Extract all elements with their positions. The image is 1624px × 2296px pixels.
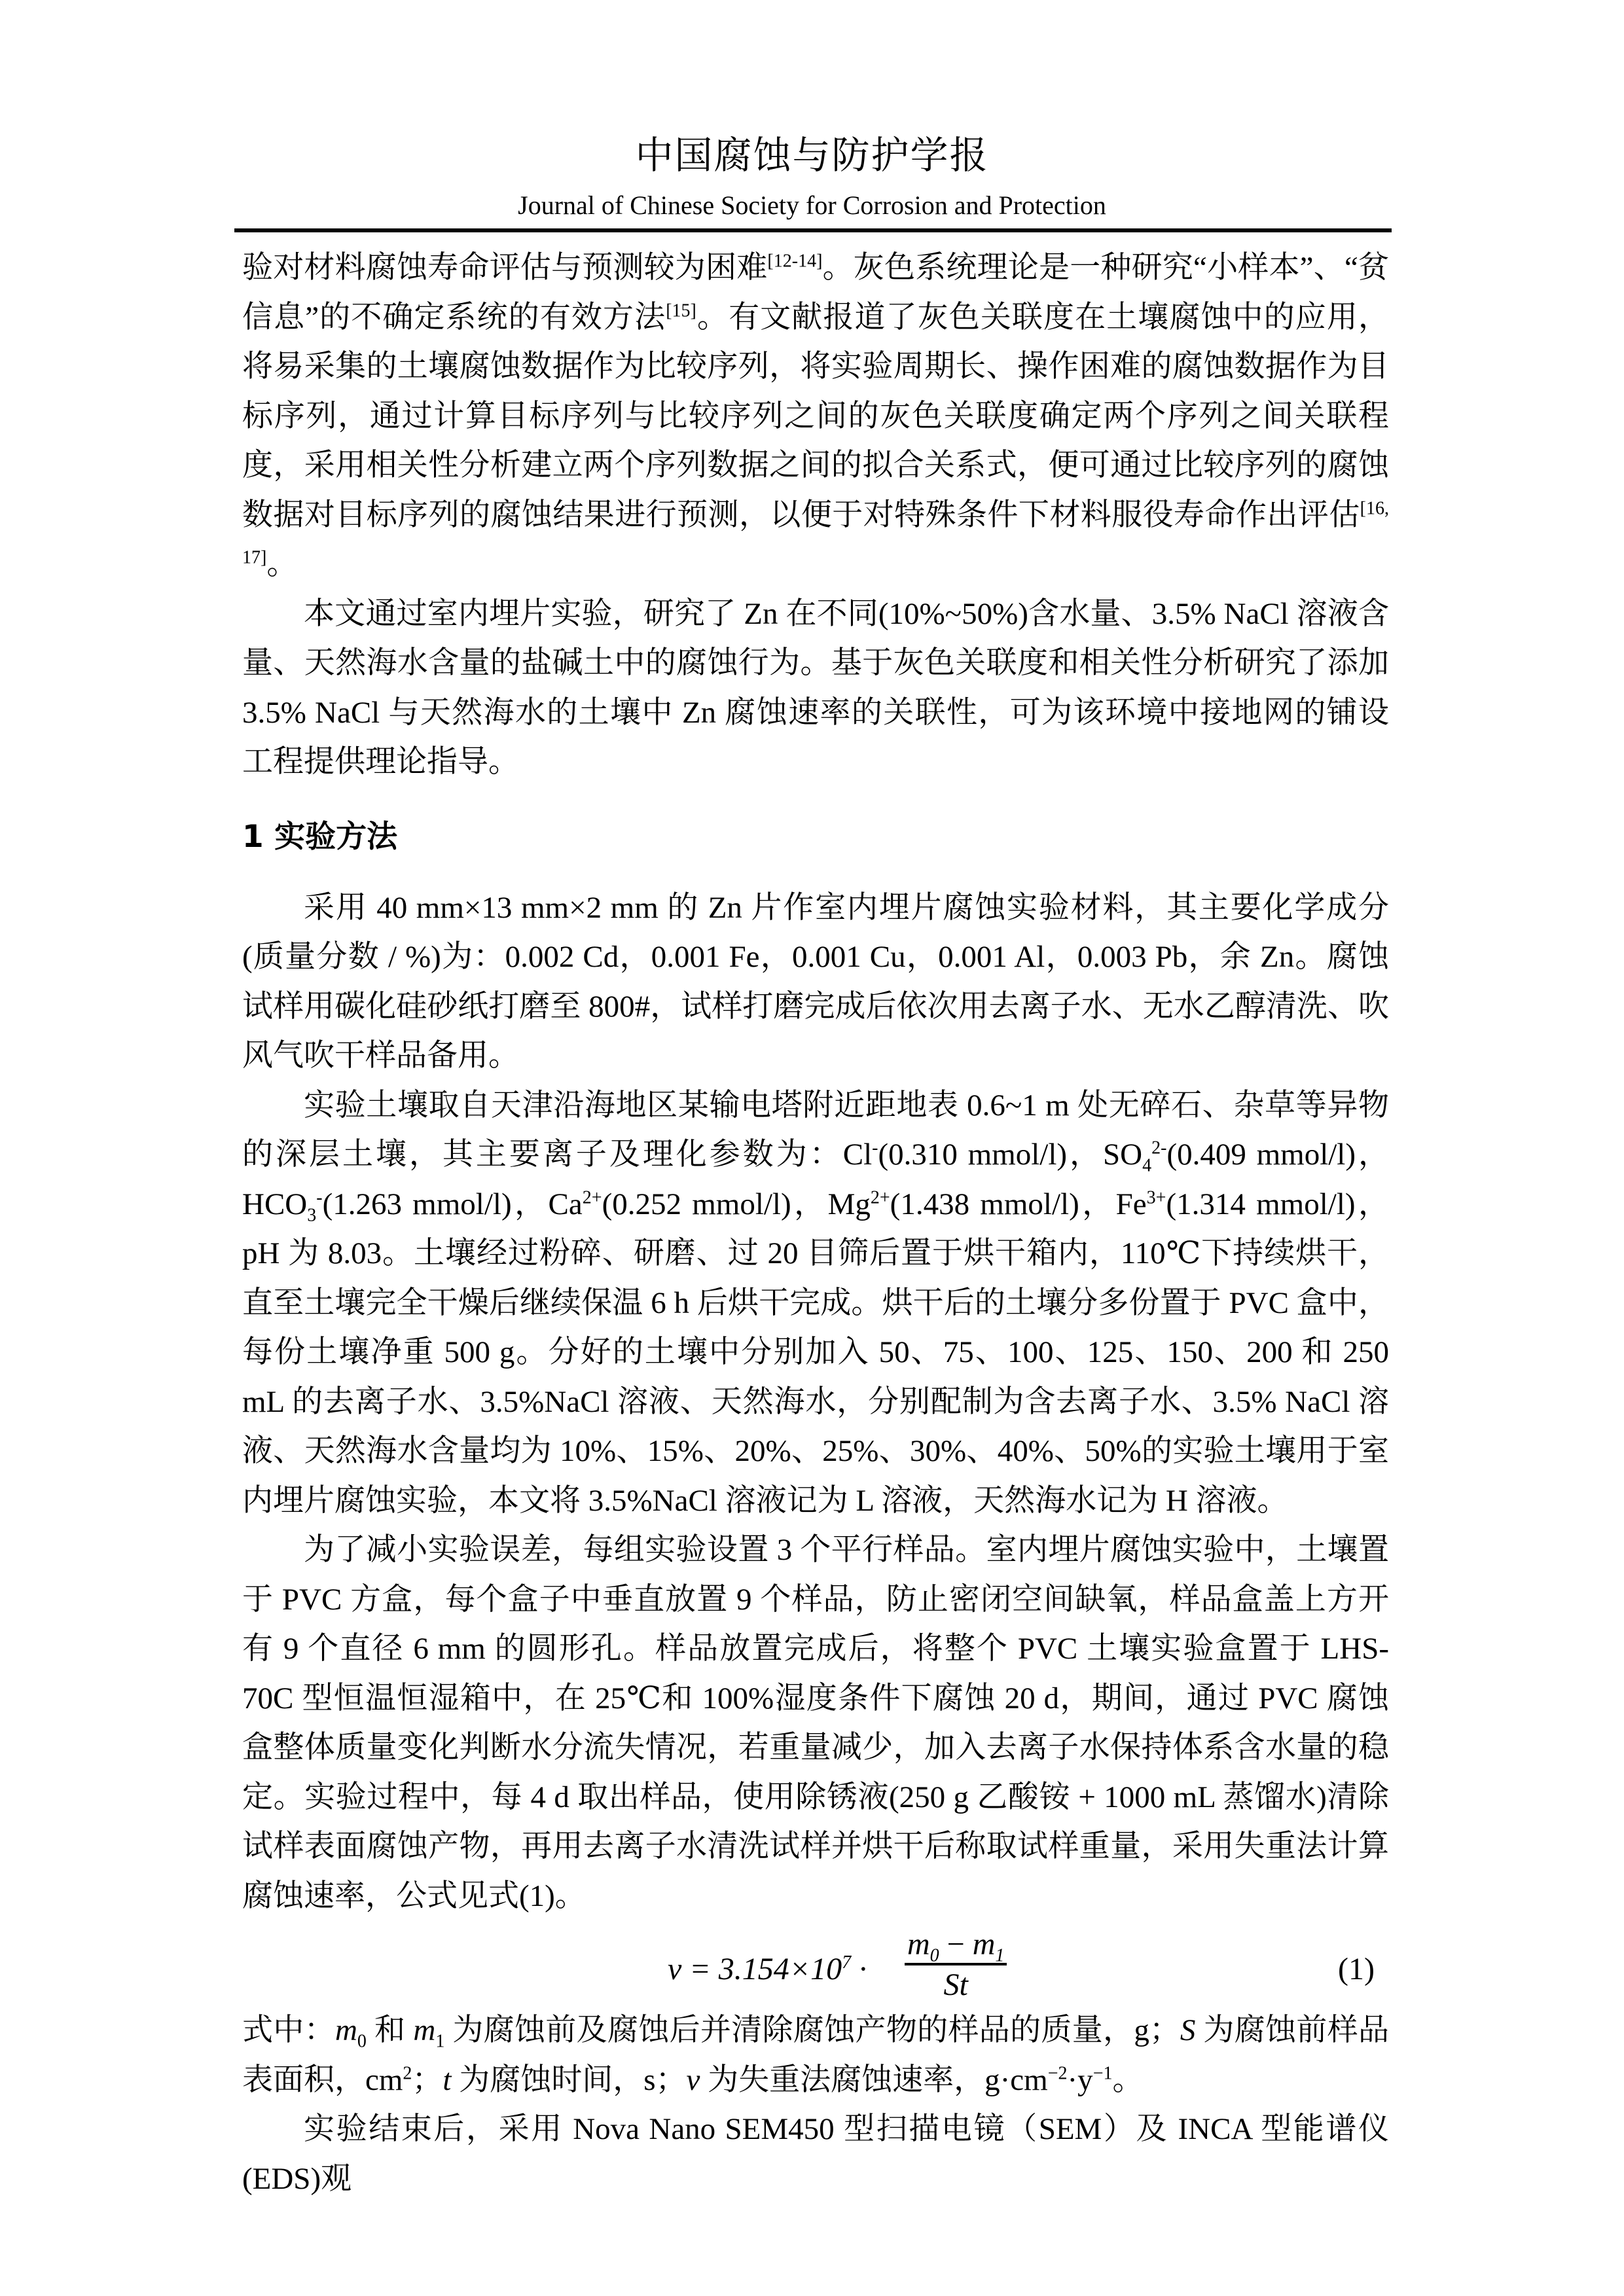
equation-text: v = 3.154×10 [668,1952,842,1986]
ion-charge: 3+ [1147,1187,1166,1208]
text-run: 。 [266,547,297,581]
var-m: m [973,1927,996,1962]
var-subscript: 0 [357,2031,367,2051]
ion-charge: 2+ [583,1187,602,1208]
text-run: 验对材料腐蚀寿命评估与预测较为困难 [242,251,767,285]
equation-lhs: v = 3.154×107 · [668,1945,867,1994]
intro-paragraph-1: 验对材料腐蚀寿命评估与预测较为困难[12-14]。灰色系统理论是一种研究“小样本… [242,243,1389,590]
text-run: ·y [1068,2063,1093,2097]
text-run: 。有文献报道了灰色关联度在土壤腐蚀中的应用，将易采集的土壤腐蚀数据作为比较序列，… [242,300,1389,532]
equation-exponent: 7 [842,1952,851,1973]
text-run: 。 [1112,2063,1143,2097]
citation-ref: [15] [666,300,696,321]
unit-exponent: −2 [1048,2063,1068,2083]
text-run: 为腐蚀前及腐蚀后并清除腐蚀产物的样品的质量，g； [444,2013,1180,2047]
text-run: (0.310 mmol/l)，SO [878,1138,1142,1172]
procedure-paragraph: 为了减小实验误差，每组实验设置 3 个平行样品。室内埋片腐蚀实验中，土壤置于 P… [242,1526,1389,1921]
equation-legend-paragraph: 式中：m0 和 m1 为腐蚀前及腐蚀后并清除腐蚀产物的样品的质量，g；S 为腐蚀… [242,2006,1389,2105]
text-run: (1.263 mmol/l)，Ca [323,1187,583,1221]
citation-ref: [12-14] [767,251,822,271]
var-subscript: 1 [435,2031,444,2051]
section-heading: 1 实验方法 [242,812,1389,861]
text-run: ； [412,2063,442,2097]
ion-charge: 2+ [871,1187,890,1208]
soil-paragraph: 实验土壤取自天津沿海地区某输电塔附近距地表 0.6~1 m 处无碎石、杂草等异物… [242,1081,1389,1526]
minus-sign: − [939,1927,973,1962]
text-run: 和 [367,2013,413,2047]
materials-paragraph: 采用 40 mm×13 mm×2 mm 的 Zn 片作室内埋片腐蚀实验材料，其主… [242,884,1389,1081]
equation-1: v = 3.154×107 · m0 − m1 St (1) [242,1930,1389,2002]
equation-fraction: m0 − m1 St [905,1926,1007,2005]
ion-subscript: 3 [307,1205,316,1225]
characterization-paragraph: 实验结束后，采用 Nova Nano SEM450 型扫描电镜（SEM）及 IN… [242,2105,1389,2204]
var-v: v [687,2063,700,2097]
text-run: (0.252 mmol/l)，Mg [602,1187,871,1221]
equation-dot: · [851,1952,867,1986]
intro-paragraph-2: 本文通过室内埋片实验，研究了 Zn 在不同(10%~50%)含水量、3.5% N… [242,590,1389,787]
text-run: 式中： [242,2013,335,2047]
ion-subscript: 4 [1142,1155,1151,1175]
ion-charge: - [316,1187,322,1208]
var-m1: m [413,2013,435,2047]
text-run: (1.438 mmol/l)，Fe [890,1187,1147,1221]
header-rule [234,228,1392,232]
text-run: 为腐蚀时间，s； [451,2063,686,2097]
equation-number: (1) [1338,1945,1375,1994]
equation-numerator: m0 − m1 [905,1926,1007,1965]
ion-charge: 2- [1151,1138,1166,1158]
equation-denominator: St [905,1965,1007,2005]
var-subscript: 1 [995,1946,1004,1966]
unit-exponent: 2 [403,2063,412,2083]
var-t: t [442,2063,451,2097]
var-subscript: 0 [930,1946,939,1966]
text-run: (1.314 mmol/l)，pH 为 8.03。土壤经过粉碎、研磨、过 20 … [242,1187,1389,1518]
page-body: 验对材料腐蚀寿命评估与预测较为困难[12-14]。灰色系统理论是一种研究“小样本… [242,243,1389,2204]
var-m0: m [335,2013,357,2047]
text-run: 为失重法腐蚀速率，g·cm [700,2063,1047,2097]
journal-title-english: Journal of Chinese Society for Corrosion… [0,190,1624,221]
var-m: m [907,1927,930,1962]
var-S: S [1180,2013,1196,2047]
unit-exponent: −1 [1093,2063,1113,2083]
journal-title-chinese: 中国腐蚀与防护学报 [0,124,1624,179]
